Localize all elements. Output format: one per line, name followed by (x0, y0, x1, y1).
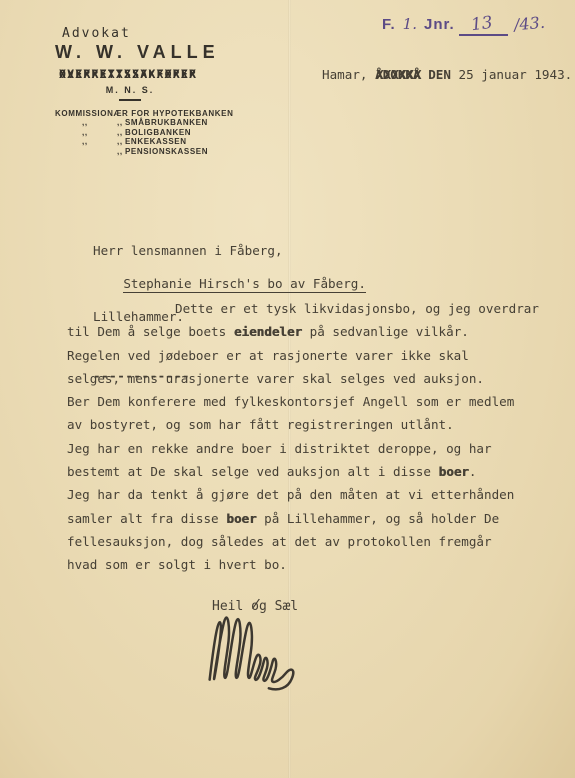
journal-label: Jnr. (424, 16, 455, 33)
body-line: Jeg har da tenkt å gjøre det på den måte… (67, 483, 557, 506)
body-line: til Dem å selge boets eiendeler på sedva… (67, 320, 557, 343)
recipient-line: Herr lensmannen i Fåberg, (93, 240, 283, 262)
ditto-mark: ,, (117, 128, 123, 137)
ditto-mark: ,, (117, 137, 123, 146)
journal-handwritten-digit: 1. (403, 15, 417, 33)
body-line: av bostyret, og som har fått registrerin… (67, 413, 557, 436)
dateline-strikeout-overlay: XXXXXX (376, 67, 422, 82)
subject-text: Stephanie Hirsch's bo av Fåberg. (123, 276, 366, 293)
letterhead-name: W. W. VALLE (55, 42, 233, 63)
bank-name: PENSIONSKASSEN (125, 147, 208, 156)
bank-row: ,,,,ENKEKASSEN (55, 137, 233, 147)
bank-row: ,,,,SMÅBRUKBANKEN (55, 118, 233, 128)
ditto-mark: ,, (117, 118, 123, 127)
double-struck-word: eiendeler (234, 324, 302, 339)
body-line: Dette er et tysk likvidasjonsbo, og jeg … (67, 297, 557, 320)
journal-number-underline: 13 (459, 14, 509, 36)
dateline-den: DEN (428, 67, 451, 82)
dateline-date: 25 januar 1943. (451, 67, 572, 82)
body-line: Jeg har en rekke andre boer i distriktet… (67, 437, 557, 460)
bank-name: SMÅBRUKBANKEN (125, 118, 208, 127)
ditto-mark: ,, (82, 128, 88, 137)
body-line: samler alt fra disse boer på Lillehammer… (67, 507, 557, 530)
dateline-place: Hamar, (322, 67, 368, 82)
letterhead-credentials: M. N. S. (55, 85, 205, 95)
body-line: Regelen ved jødeboer er at rasjonerte va… (67, 344, 557, 367)
body-line: selges, mens urasjonerte varer skal selg… (67, 367, 557, 390)
double-struck-word: boer (226, 511, 256, 526)
journal-prefix: F. (382, 16, 396, 33)
ditto-mark: ,, (82, 137, 88, 146)
bank-rows: ,,,,SMÅBRUKBANKEN,,,,BOLIGBANKEN,,,,ENKE… (55, 118, 233, 156)
scanned-letter-page: F. 1. Jnr. 13 /43. Advokat W. W. VALLE O… (0, 0, 575, 778)
body-text: Dette er et tysk likvidasjonsbo, og jeg … (67, 297, 557, 577)
bank-row: ,,PENSIONSKASSEN (55, 147, 233, 157)
signature-handwriting (202, 608, 307, 696)
journal-number: 13 (470, 13, 494, 35)
ditto-mark: ,, (117, 147, 123, 156)
letterhead-struck-title: OVERRETTSSAKFØRER XXXXXXXXXXXXXXXXX (59, 67, 197, 81)
letterhead-commission: KOMMISSIONÆR FOR HYPOTEKBANKEN (55, 109, 233, 118)
bank-row: ,,,,BOLIGBANKEN (55, 128, 233, 138)
body-line: Ber Dem konferere med fylkeskontorsjef A… (67, 390, 557, 413)
strikeout-overlay: XXXXXXXXXXXXXXXXX (59, 67, 197, 81)
dateline-struck-word: ÅDOKKÅXXXXXX (375, 67, 421, 82)
ditto-mark: ,, (82, 118, 88, 127)
letterhead: Advokat W. W. VALLE OVERRETTSSAKFØRER XX… (55, 26, 233, 156)
journal-number-stamp: F. 1. Jnr. 13 /43. (382, 14, 545, 36)
bank-name: ENKEKASSEN (125, 137, 187, 146)
body-line: hvad som er solgt i hvert bo. (67, 553, 557, 576)
letterhead-divider (119, 99, 141, 101)
dateline: Hamar, ÅDOKKÅXXXXXX DEN 25 januar 1943. (322, 67, 572, 82)
body-line: bestemt at De skal selge ved auksjon alt… (67, 460, 557, 483)
journal-year: /43. (514, 13, 546, 35)
double-struck-word: boer (439, 464, 469, 479)
letterhead-role: Advokat (62, 26, 233, 41)
body-line: fellesauksjon, dog således at det av pro… (67, 530, 557, 553)
bank-name: BOLIGBANKEN (125, 128, 191, 137)
